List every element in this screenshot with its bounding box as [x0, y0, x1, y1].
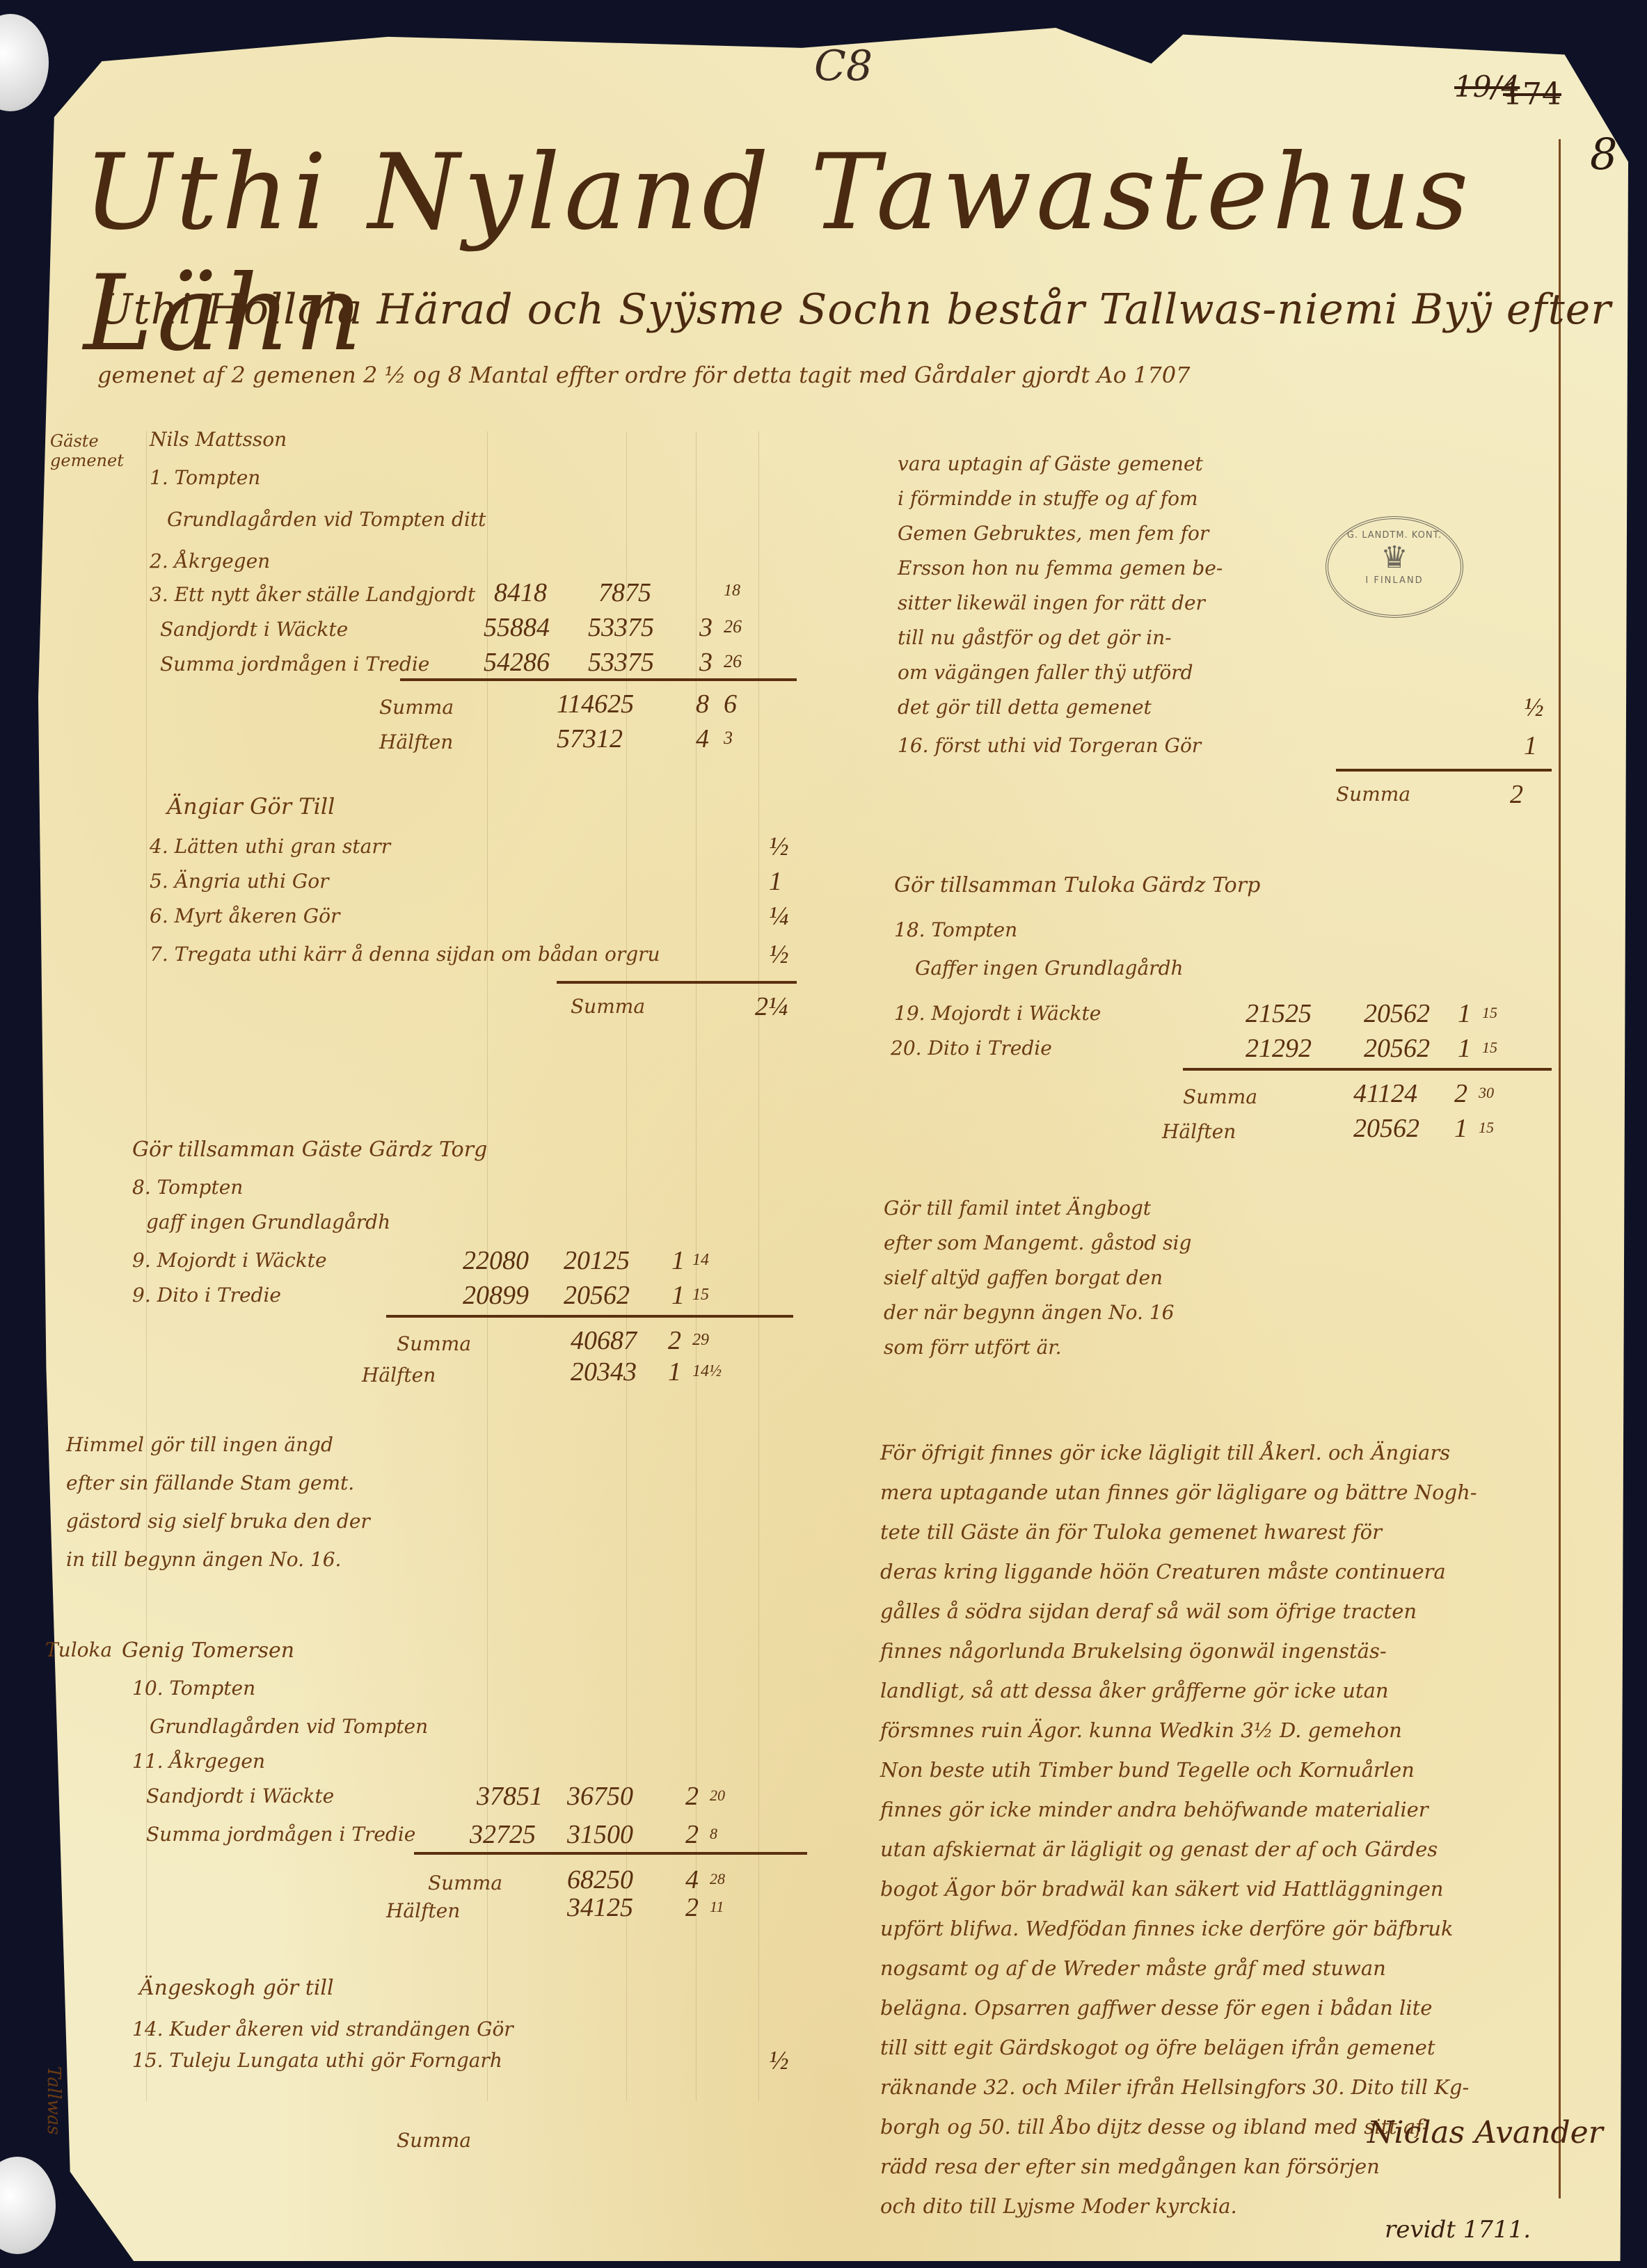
- cell: 22080: [463, 1245, 529, 1276]
- cell: 20562: [564, 1280, 630, 1311]
- cell: 3: [699, 647, 713, 678]
- para-line: landligt, så att dessa åker gråfferne gö…: [880, 1671, 1477, 1711]
- text-line: 8. Tompten: [132, 1176, 243, 1199]
- text-line: gaff ingen Grundlagårdh: [146, 1211, 390, 1233]
- para-line: finnes gör icke minder andra behöfwande …: [880, 1790, 1477, 1830]
- mounting-pin-top-left: [0, 14, 49, 111]
- cell: 55884: [484, 612, 550, 643]
- cell: 2: [685, 1781, 699, 1812]
- row-label: 9. Dito i Tredie: [132, 1284, 281, 1307]
- cell: 18: [724, 582, 740, 600]
- margin-label: Gäste gemenet: [50, 431, 106, 470]
- row-label: Summa jordmågen i Tredie: [146, 1823, 415, 1846]
- text-line: gästord sig sielf bruka den der: [66, 1510, 370, 1533]
- document-subtitle-line3: gemenet af 2 gemenen 2 ½ og 8 Mantal eff…: [97, 362, 1190, 388]
- cell: ½: [769, 831, 789, 862]
- text-line: Himmel gör till ingen ängd: [66, 1433, 333, 1456]
- text-line: efter sin fällande Stam gemt.: [66, 1471, 354, 1494]
- text-line: vara uptagin af Gäste gemenet: [898, 452, 1203, 475]
- cell: ½: [1524, 692, 1544, 723]
- row-label: 6. Myrt åkeren Gör: [150, 904, 340, 927]
- para-line: nogsamt og af de Wreder måste gråf med s…: [880, 1949, 1477, 1988]
- cell: ½: [769, 939, 789, 970]
- section-heading: Genig Tomersen: [122, 1638, 294, 1663]
- cell: 2: [1454, 1078, 1467, 1109]
- cell: 53375: [588, 647, 654, 678]
- para-line: belägna. Opsarren gaffwer desse för egen…: [880, 1988, 1477, 2028]
- folio-old-crossed-2: 174: [1503, 77, 1561, 112]
- cell: 3: [699, 612, 713, 643]
- row-label: 7. Tregata uthi kärr å denna sijdan om b…: [150, 943, 660, 966]
- total-label: Summa: [1183, 1085, 1257, 1108]
- total-label: Summa: [397, 1332, 471, 1355]
- text-line: der när begynn ängen No. 16: [884, 1301, 1174, 1324]
- half-label: Hälften: [379, 730, 453, 753]
- cell: 57312: [557, 724, 623, 754]
- cell: 26: [724, 651, 742, 672]
- eagle-crest-icon: ♛: [1328, 541, 1461, 575]
- cell: 15: [1482, 1004, 1497, 1022]
- sum-rule: [400, 678, 797, 681]
- cell: 20125: [564, 1245, 630, 1276]
- cell: 68250: [567, 1864, 633, 1895]
- text-line: 11. Åkrgegen: [132, 1750, 265, 1773]
- cell: 20562: [1364, 1033, 1430, 1064]
- row-label: 16. först uthi vid Torgeran Gör: [898, 734, 1201, 757]
- half-label: Hälften: [386, 1899, 460, 1922]
- section-heading: Ängiar Gör Till: [167, 793, 335, 820]
- row-label: Sandjordt i Wäckte: [160, 618, 348, 641]
- cell: 1: [1454, 1113, 1467, 1144]
- section-heading: Gör tillsamman Tuloka Gärdz Torp: [894, 873, 1260, 897]
- para-line: till sitt egit Gärdskogot og öfre beläge…: [880, 2028, 1477, 2068]
- sum-rule: [1336, 769, 1552, 772]
- para-line: deras kring liggande höön Creaturen måst…: [880, 1552, 1477, 1592]
- cell: 20899: [463, 1280, 529, 1311]
- text-line: in till begynn ängen No. 16.: [66, 1548, 341, 1571]
- cell: 26: [724, 616, 742, 637]
- row-label: 9. Mojordt i Wäckte: [132, 1249, 327, 1272]
- cell: 7875: [598, 577, 651, 608]
- total-label: Summa: [428, 1871, 502, 1894]
- row-label: Summa jordmågen i Tredie: [160, 653, 429, 676]
- cell: 37851: [477, 1781, 543, 1812]
- right-margin-line: [1559, 139, 1561, 2198]
- cell: 21292: [1246, 1033, 1312, 1064]
- archive-stamp: G. LANDTM. KONT. ♛ I FINLAND: [1326, 516, 1463, 618]
- para-line: mera uptagande utan finnes gör lägligare…: [880, 1473, 1477, 1512]
- cell: 1: [1524, 730, 1537, 761]
- cell: 4: [696, 724, 709, 754]
- cell: 32725: [470, 1819, 536, 1850]
- text-line: om vägängen faller thÿ utförd: [898, 661, 1193, 684]
- text-line: Grundlagården vid Tompten ditt: [167, 508, 486, 531]
- para-line: försmnes ruin Ägor. kunna Wedkin 3½ D. g…: [880, 1711, 1477, 1750]
- sum-rule: [386, 1315, 793, 1318]
- sum-rule: [557, 981, 797, 984]
- cell: 54286: [484, 647, 550, 678]
- para-line: bogot Ägor bör bradwäl kan säkert vid Ha…: [880, 1869, 1477, 1909]
- signature: Niclas Avander: [1367, 2115, 1603, 2150]
- revision-note: revidt 1711.: [1385, 2216, 1531, 2244]
- cell: 28: [710, 1870, 725, 1888]
- cell: 1: [668, 1357, 681, 1387]
- cell: 20562: [1364, 998, 1430, 1029]
- cell: 41124: [1353, 1078, 1417, 1109]
- footer-summa: Summa: [397, 2129, 471, 2152]
- sum-rule: [414, 1852, 807, 1855]
- cell: 31500: [567, 1819, 633, 1850]
- cell: 11: [710, 1898, 724, 1916]
- cell: 30: [1479, 1084, 1494, 1102]
- cell: 6: [724, 689, 737, 719]
- row-label: 14. Kuder åkeren vid strandängen Gör: [132, 2018, 514, 2041]
- text-line: Gör till famil intet Ängbogt: [884, 1197, 1151, 1220]
- cell: 20: [710, 1787, 725, 1805]
- cell: 15: [1482, 1039, 1497, 1057]
- total-label: Summa: [1336, 783, 1410, 806]
- mounting-pin-bottom-left: [0, 2157, 56, 2254]
- cell: 2: [685, 1819, 699, 1850]
- row-label: det gör till detta gemenet: [898, 696, 1152, 719]
- text-line: Ersson hon nu femma gemen be-: [898, 557, 1223, 580]
- cell: 21525: [1246, 998, 1312, 1029]
- para-line: rädd resa der efter sin medgången kan fö…: [880, 2147, 1477, 2187]
- ruled-line: [758, 431, 759, 2101]
- row-label: 15. Tuleju Lungata uthi gör Forngarh: [132, 2049, 502, 2072]
- closing-paragraph: För öfrigit finnes gör icke lägligit til…: [880, 1433, 1477, 2226]
- para-line: utan afskiernat är lägligit og genast de…: [880, 1830, 1477, 1869]
- text-line: Gaffer ingen Grundlagårdh: [915, 957, 1184, 980]
- half-label: Hälften: [362, 1364, 436, 1387]
- cell: 15: [692, 1286, 709, 1304]
- cell: 1: [1458, 1033, 1471, 1064]
- document-title: Uthi Nyland Tawastehus Lähn: [83, 132, 1647, 374]
- cell: 8418: [494, 577, 547, 608]
- section-heading: Gör tillsamman Gäste Gärdz Torg: [132, 1137, 487, 1162]
- row-label: 20. Dito i Tredie: [891, 1037, 1052, 1060]
- cell: 34125: [567, 1892, 633, 1923]
- cell: 1: [769, 866, 782, 897]
- row-label: 4. Lätten uthi gran starr: [150, 835, 390, 858]
- para-line: tete till Gäste än för Tuloka gemenet hw…: [880, 1512, 1477, 1552]
- text-line: sielf altÿd gaffen borgat den: [884, 1266, 1163, 1289]
- total-label: Summa: [379, 696, 454, 719]
- para-line: upfört blifwa. Wedfödan finnes icke derf…: [880, 1909, 1477, 1949]
- cell: 2: [668, 1325, 681, 1356]
- left-edge-note: Tallwas: [43, 2066, 64, 2135]
- cell: 14½: [692, 1362, 722, 1381]
- stamp-bottom-text: I FINLAND: [1328, 575, 1461, 586]
- cell: 114625: [557, 689, 634, 719]
- text-line: som förr utfört är.: [884, 1336, 1062, 1359]
- cell: 4: [685, 1864, 699, 1895]
- cell: ¼: [769, 901, 789, 932]
- stamp-top-text: G. LANDTM. KONT.: [1328, 530, 1461, 541]
- para-line: räknande 32. och Miler ifrån Hellsingfor…: [880, 2068, 1477, 2107]
- cell: 14: [692, 1251, 709, 1270]
- document-subtitle: Uthi Hollola Härad och Syÿsme Sochn best…: [97, 285, 1612, 334]
- catalog-mark: C8: [814, 42, 873, 90]
- section-heading: Ängeskogh gör till: [139, 1976, 334, 2000]
- text-line: efter som Mangemt. gåstod sig: [884, 1231, 1191, 1254]
- text-line: 10. Tompten: [132, 1677, 255, 1700]
- text-line: Gemen Gebruktes, men fem for: [898, 522, 1209, 545]
- para-line: Non beste utih Timber bund Tegelle och K…: [880, 1750, 1477, 1790]
- row-label: 19. Mojordt i Wäckte: [894, 1002, 1101, 1025]
- cell: 15: [1479, 1119, 1494, 1137]
- cell: 8: [696, 689, 709, 719]
- cell: 1: [1458, 998, 1471, 1029]
- cell: 2¼: [755, 991, 788, 1022]
- text-line: till nu gåstför og det gör in-: [898, 626, 1172, 649]
- text-line: Grundlagården vid Tompten: [150, 1715, 428, 1738]
- cell: 20343: [571, 1357, 637, 1387]
- half-label: Hälften: [1162, 1120, 1236, 1143]
- cell: 20562: [1353, 1113, 1419, 1144]
- cell: 1: [671, 1280, 685, 1311]
- row-label: 5. Ängria uthi Gor: [150, 870, 329, 893]
- row-label: 3. Ett nytt åker ställe Landgjordt: [150, 583, 475, 606]
- total-label: Summa: [571, 995, 645, 1018]
- sum-rule: [1183, 1068, 1552, 1071]
- text-line: 1. Tompten: [150, 466, 260, 489]
- cell: 40687: [571, 1325, 637, 1356]
- margin-label: Tuloka: [45, 1638, 112, 1661]
- para-line: finnes någorlunda Brukelsing ögonwäl ing…: [880, 1631, 1477, 1671]
- text-line: 2. Åkrgegen: [150, 550, 270, 573]
- cell: 29: [692, 1331, 709, 1350]
- cell: 3: [724, 728, 733, 749]
- cell: 1: [671, 1245, 685, 1276]
- text-line: sitter likewäl ingen for rätt der: [898, 591, 1205, 614]
- cell: ½: [769, 2045, 789, 2076]
- cell: 2: [685, 1892, 699, 1923]
- text-line: Nils Mattsson: [150, 428, 287, 451]
- text-line: i förmindde in stuffe og af fom: [898, 487, 1198, 510]
- cell: 2: [1510, 779, 1523, 810]
- cell: 36750: [567, 1781, 633, 1812]
- cell: 53375: [588, 612, 654, 643]
- cell: 8: [710, 1825, 717, 1843]
- para-line: För öfrigit finnes gör icke lägligit til…: [880, 1433, 1477, 1473]
- text-line: 18. Tompten: [894, 918, 1017, 941]
- row-label: Sandjordt i Wäckte: [146, 1784, 334, 1807]
- para-line: gålles å södra sijdan deraf så wäl som ö…: [880, 1592, 1477, 1631]
